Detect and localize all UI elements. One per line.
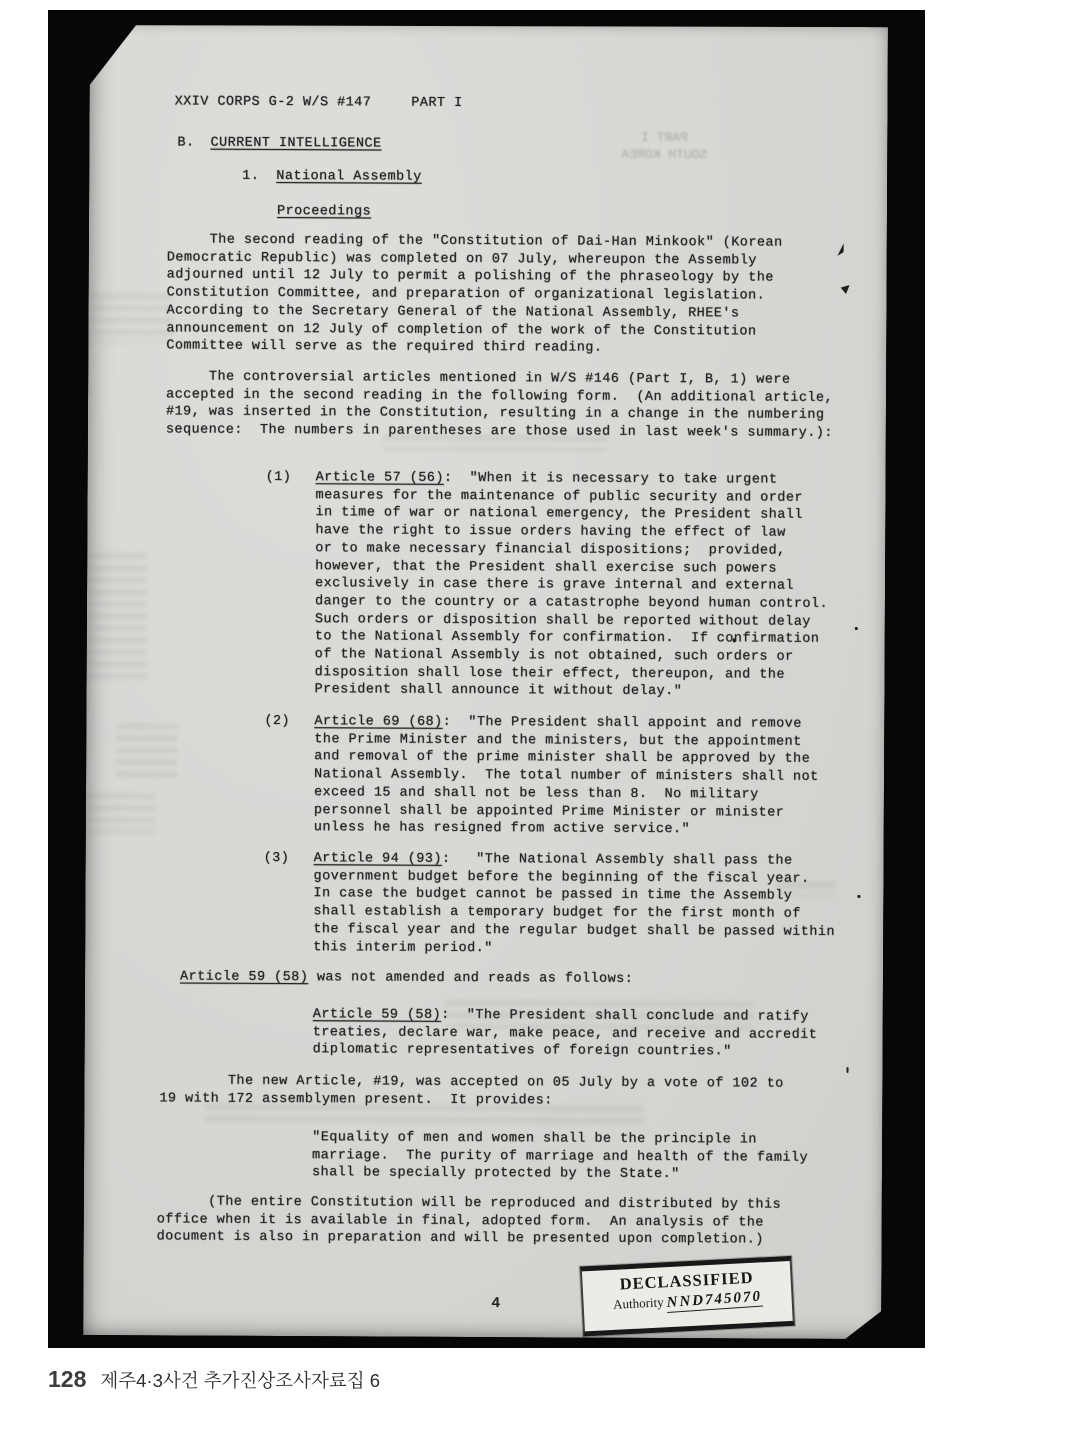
subheading-text: Proceedings — [277, 204, 371, 219]
article-title: Article 59 (58) — [313, 1007, 441, 1023]
article-marker: (1) — [266, 469, 292, 487]
corner-crease — [96, 0, 134, 44]
article-title: Article 57 (56) — [316, 470, 444, 486]
item-label: 1. — [242, 169, 259, 184]
article-block-69: Article 69 (68): "The President shall ap… — [314, 713, 819, 840]
subheading-proceedings: Proceedings — [277, 203, 371, 221]
bleed-smudge — [116, 723, 178, 778]
item-heading: 1.National Assembly — [242, 168, 422, 187]
closing-paragraph: (The entire Constitution will be reprodu… — [157, 1193, 782, 1249]
bleed-smudge — [86, 793, 156, 833]
article59-intro: Article 59 (58) was not amended and read… — [180, 968, 633, 988]
article59-intro-rest: was not amended and reads as follows: — [308, 970, 633, 987]
article-body: : "The President shall appoint and remov… — [314, 715, 819, 838]
equality-quote: "Equality of men and women shall be the … — [312, 1129, 808, 1185]
section-label: B. — [177, 135, 194, 150]
bleed-smudge — [87, 553, 148, 683]
ink-speck — [847, 1067, 849, 1073]
ghost-line: SOUTH KOREA — [621, 147, 707, 162]
doc-header-number: XXIV CORPS G-2 W/S #147 — [175, 94, 372, 110]
doc-header-part: PART I — [411, 96, 462, 111]
article-body: : "When it is necessary to take urgent m… — [314, 471, 828, 700]
section-heading: B.CURRENT INTELLIGENCE — [177, 134, 381, 153]
book-caption: 128 제주4·3사건 추가진상조사자료집 6 — [48, 1366, 380, 1393]
article-block-94: Article 94 (93): "The National Assembly … — [313, 850, 835, 959]
stamp-authority-label: Authority — [613, 1294, 664, 1312]
declassified-stamp: DECLASSIFIED AuthorityNND745070 — [580, 1256, 795, 1337]
article-block-59: Article 59 (58): "The President shall co… — [313, 1006, 818, 1062]
item-title: National Assembly — [276, 169, 421, 185]
paragraph-controversial-articles: The controversial articles mentioned in … — [166, 368, 833, 442]
ink-speck — [836, 243, 844, 256]
stamp-authority-number: NND745070 — [666, 1289, 763, 1313]
doc-page-number: 4 — [491, 1295, 500, 1312]
article-marker: (3) — [264, 850, 290, 868]
ink-speck — [857, 895, 860, 898]
ghost-line: PART I — [641, 130, 688, 145]
document-paper: PART ISOUTH KOREA XXIV CORPS G-2 W/S #14… — [83, 23, 888, 1339]
article-marker: (2) — [264, 713, 290, 731]
article-title: Article 59 (58) — [180, 969, 308, 985]
bleed-smudge — [88, 293, 173, 343]
bleed-through-ghost-text: PART ISOUTH KOREA — [604, 129, 724, 164]
ink-speck — [855, 627, 858, 630]
scan-frame: PART ISOUTH KOREA XXIV CORPS G-2 W/S #14… — [48, 10, 925, 1348]
paragraph-constitution-reading: The second reading of the "Constitution … — [166, 231, 782, 358]
article-block-57: Article 57 (56): "When it is necessary t… — [314, 469, 828, 702]
section-title: CURRENT INTELLIGENCE — [210, 136, 381, 152]
book-page-number: 128 — [48, 1366, 86, 1393]
article-title: Article 69 (68) — [314, 714, 442, 730]
doc-header: XXIV CORPS G-2 W/S #147PART I — [175, 93, 463, 112]
book-title: 제주4·3사건 추가진상조사자료집 6 — [100, 1367, 380, 1393]
article-body: : "The National Assembly shall pass the … — [313, 852, 835, 956]
article-title: Article 94 (93) — [314, 851, 442, 867]
paragraph-new-article: The new Article, #19, was accepted on 05… — [159, 1072, 783, 1111]
ink-speck — [841, 285, 850, 294]
